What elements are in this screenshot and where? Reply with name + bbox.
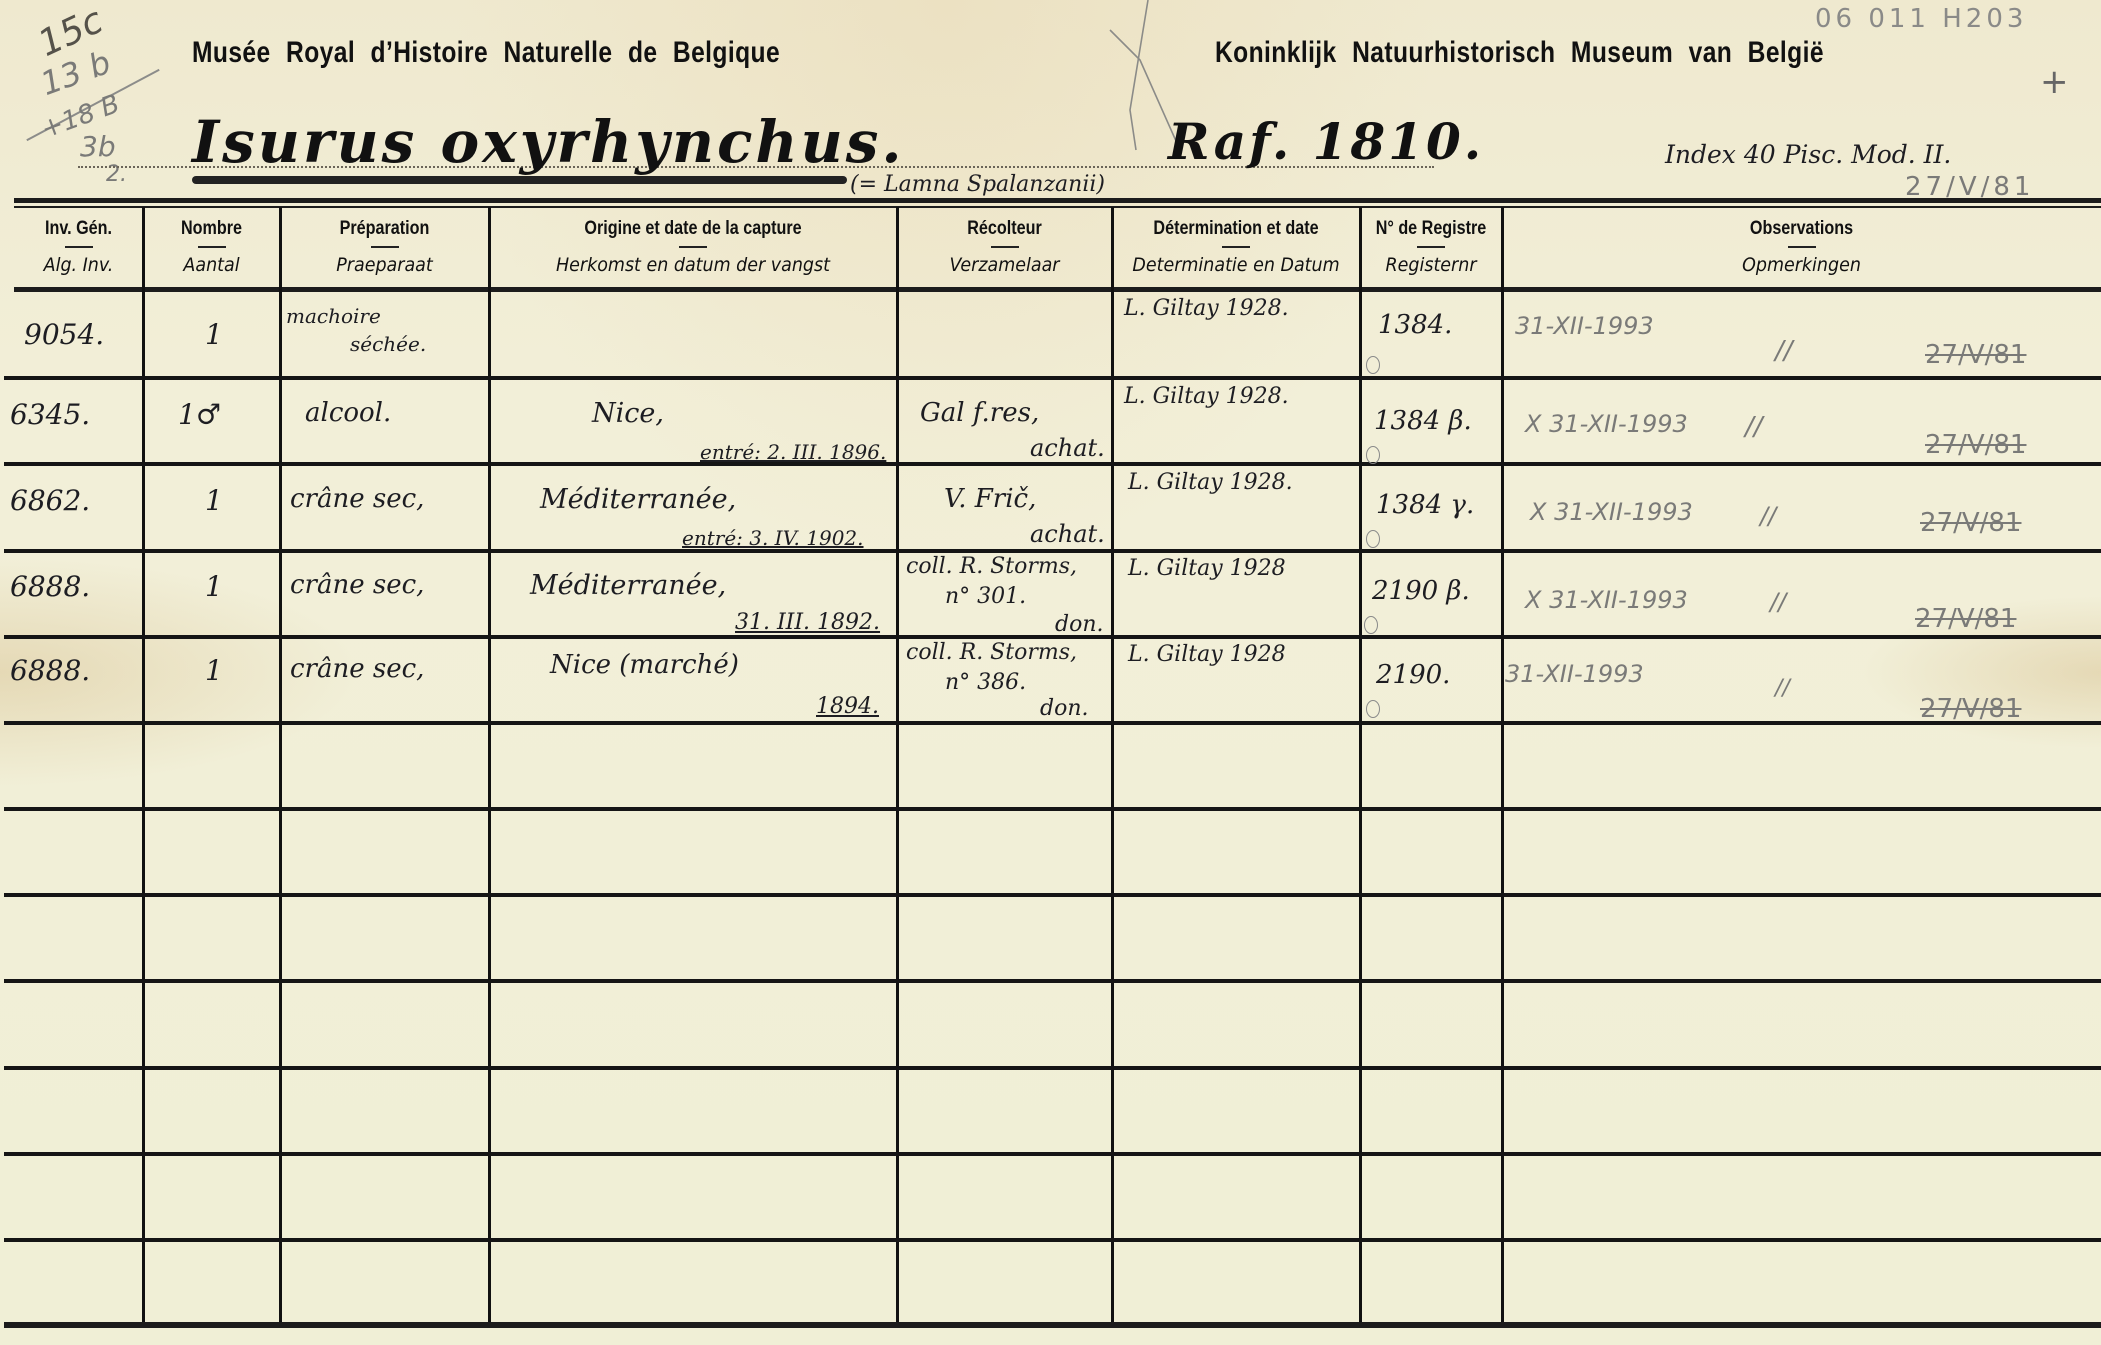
cell-recolteur-3: don.	[1040, 696, 1089, 721]
cell-origine-1: Nice (marché)	[550, 650, 739, 680]
cell-observation-date: X 31-XII-1993	[1530, 498, 1693, 526]
header-recolteur: Récolteur Verzamelaar	[897, 218, 1112, 276]
header-observations-nl: Opmerkingen	[1526, 254, 2077, 276]
cell-inv: 6888.	[10, 654, 90, 687]
cell-inv: 9054.	[24, 318, 104, 351]
cell-observation-mark: //	[1745, 412, 1763, 442]
table-bottom-rule	[4, 1322, 2101, 1328]
header-dash	[371, 246, 399, 248]
column-divider	[1111, 207, 1114, 1324]
cell-nombre: 1	[205, 318, 223, 351]
header-dash	[198, 246, 226, 248]
cell-origine-1: Méditerranée,	[530, 570, 726, 601]
cell-origine-2: entré: 3. IV. 1902.	[682, 526, 864, 550]
cell-registre: 2190 β.	[1372, 576, 1470, 606]
cell-origine-1: Méditerranée,	[540, 484, 736, 515]
column-divider	[142, 207, 145, 1324]
cell-determination: L. Giltay 1928.	[1128, 470, 1293, 495]
cell-observation-check: 27/V/81	[1925, 430, 2026, 460]
cell-observation-date: X 31-XII-1993	[1525, 410, 1688, 438]
cell-observation-date: 31-XII-1993	[1505, 660, 1644, 688]
cell-observation-check: 27/V/81	[1925, 340, 2026, 370]
row-rule	[4, 635, 2101, 639]
cell-observation-mark: //	[1775, 336, 1793, 366]
cell-observation-check: 27/V/81	[1920, 694, 2021, 724]
cell-recolteur-1: V. Frič,	[944, 484, 1036, 514]
row-rule	[4, 376, 2101, 380]
cell-inv: 6862.	[10, 484, 90, 517]
cell-nombre: 1♂	[178, 398, 221, 431]
row-rule	[4, 1152, 2101, 1156]
row-rule	[4, 1238, 2101, 1242]
species-author: Raf. 1810.	[1168, 112, 1484, 171]
cell-origine-1: Nice,	[592, 398, 664, 429]
museum-title-fr: Musée Royal d’Histoire Naturelle de Belg…	[192, 36, 780, 70]
header-determination: Détermination et date Determinatie en Da…	[1112, 218, 1360, 276]
row-rule	[4, 1066, 2101, 1070]
header-inv: Inv. Gén. Alg. Inv.	[14, 218, 143, 276]
header-inv-nl: Alg. Inv.	[19, 254, 138, 276]
cell-observation-date: X 31-XII-1993	[1525, 586, 1688, 614]
cell-inv: 6888.	[10, 570, 90, 603]
cell-preparation-1: machoire	[286, 304, 381, 328]
header-determination-fr: Détermination et date	[1131, 218, 1342, 240]
header-origine-fr: Origine et date de la capture	[520, 218, 867, 240]
cell-nombre: 1	[205, 654, 223, 687]
column-divider	[896, 207, 899, 1324]
cell-registre: 2190.	[1376, 660, 1450, 690]
cell-observation-date: 31-XII-1993	[1515, 312, 1654, 340]
margin-note-top-left: 15c 13 b +18 B 3b 2.	[18, 12, 148, 192]
header-observations: Observations Opmerkingen	[1502, 218, 2101, 276]
header-bottom-rule	[14, 287, 2101, 292]
header-preparation: Préparation Praeparaat	[280, 218, 489, 276]
cell-recolteur-2: achat.	[1030, 520, 1105, 548]
cell-preparation-2: séchée.	[350, 332, 426, 356]
cell-determination: L. Giltay 1928.	[1124, 296, 1289, 321]
header-determination-nl: Determinatie en Datum	[1122, 254, 1350, 276]
cell-recolteur-2: n° 301.	[945, 584, 1026, 609]
table-top-rule	[14, 198, 2101, 203]
header-dash	[991, 246, 1019, 248]
header-observations-fr: Observations	[1547, 218, 2056, 240]
museum-title-nl: Koninklijk Natuurhistorisch Museum van B…	[1215, 36, 1824, 70]
row-rule	[4, 549, 2101, 553]
cell-recolteur-1: Gal f.res,	[920, 398, 1039, 428]
cell-recolteur-1: coll. R. Storms,	[906, 640, 1077, 665]
cell-inv: 6345.	[10, 398, 90, 431]
header-dash	[1222, 246, 1250, 248]
cell-nombre: 1	[205, 484, 223, 517]
header-preparation-nl: Praeparaat	[288, 254, 480, 276]
species-synonym: (= Lamna Spalanzanii)	[850, 172, 1105, 197]
header-registre-fr: N° de Registre	[1371, 218, 1492, 240]
header-nombre-nl: Aantal	[148, 254, 274, 276]
cell-recolteur-2: achat.	[1030, 434, 1105, 462]
cell-determination: L. Giltay 1928	[1128, 642, 1286, 667]
margin-note-line-4: 3b	[80, 130, 116, 163]
row-rule	[4, 721, 2101, 725]
cell-preparation-1: crâne sec,	[290, 484, 424, 514]
header-registre-nl: Registernr	[1366, 254, 1497, 276]
header-dash	[679, 246, 707, 248]
header-recolteur-fr: Récolteur	[913, 218, 1096, 240]
register-circle-mark	[1366, 446, 1380, 464]
cell-determination: L. Giltay 1928	[1128, 556, 1286, 581]
cell-origine-2: 1894.	[816, 694, 879, 719]
cell-observation-mark: //	[1760, 502, 1776, 530]
cell-registre: 1384.	[1378, 310, 1452, 340]
register-circle-mark	[1366, 700, 1380, 718]
header-registre: N° de Registre Registernr	[1360, 218, 1502, 276]
row-rule	[4, 979, 2101, 983]
column-divider	[1501, 207, 1504, 1324]
cell-observation-mark: //	[1770, 588, 1786, 616]
species-name: Isurus oxyrhynchus.	[192, 108, 905, 176]
species-index: Index 40 Pisc. Mod. II.	[1665, 140, 1951, 169]
cell-recolteur-1: coll. R. Storms,	[906, 554, 1077, 579]
cell-observation-check: 27/V/81	[1915, 604, 2016, 634]
cell-origine-2: 31. III. 1892.	[735, 610, 880, 635]
catalog-number: 06 011 H203	[1815, 4, 2027, 34]
header-dash	[1417, 246, 1445, 248]
header-inv-fr: Inv. Gén.	[24, 218, 134, 240]
row-rule	[4, 462, 2101, 466]
cell-registre: 1384 β.	[1374, 406, 1472, 436]
row-rule	[4, 807, 2101, 811]
header-recolteur-nl: Verzamelaar	[906, 254, 1104, 276]
column-divider	[488, 207, 491, 1324]
header-origine: Origine et date de la capture Herkomst e…	[489, 218, 897, 276]
register-circle-mark	[1364, 616, 1378, 634]
cell-nombre: 1	[205, 570, 223, 603]
cell-determination: L. Giltay 1928.	[1124, 384, 1289, 409]
cell-preparation-1: alcool.	[305, 398, 391, 428]
header-origine-nl: Herkomst en datum der vangst	[505, 254, 880, 276]
cell-observation-check: 27/V/81	[1920, 508, 2021, 538]
top-right-mark: +	[2040, 62, 2069, 102]
header-dash	[1788, 246, 1816, 248]
header-nombre: Nombre Aantal	[143, 218, 280, 276]
cell-registre: 1384 γ.	[1376, 490, 1474, 520]
cell-recolteur-2: n° 386.	[945, 670, 1026, 695]
register-circle-mark	[1366, 530, 1380, 548]
cell-origine-2: entré: 2. III. 1896.	[700, 440, 886, 464]
header-nombre-fr: Nombre	[153, 218, 269, 240]
cell-preparation-1: crâne sec,	[290, 570, 424, 600]
header-preparation-fr: Préparation	[296, 218, 474, 240]
header-dash	[65, 246, 93, 248]
species-underline	[192, 176, 847, 184]
table-top-rule-thin	[14, 206, 2101, 208]
column-divider	[279, 207, 282, 1324]
register-circle-mark	[1366, 356, 1380, 374]
cell-preparation-1: crâne sec,	[290, 654, 424, 684]
cell-recolteur-3: don.	[1055, 612, 1104, 637]
cell-observation-mark: //	[1775, 676, 1790, 701]
row-rule	[4, 893, 2101, 897]
column-divider	[1359, 207, 1362, 1324]
